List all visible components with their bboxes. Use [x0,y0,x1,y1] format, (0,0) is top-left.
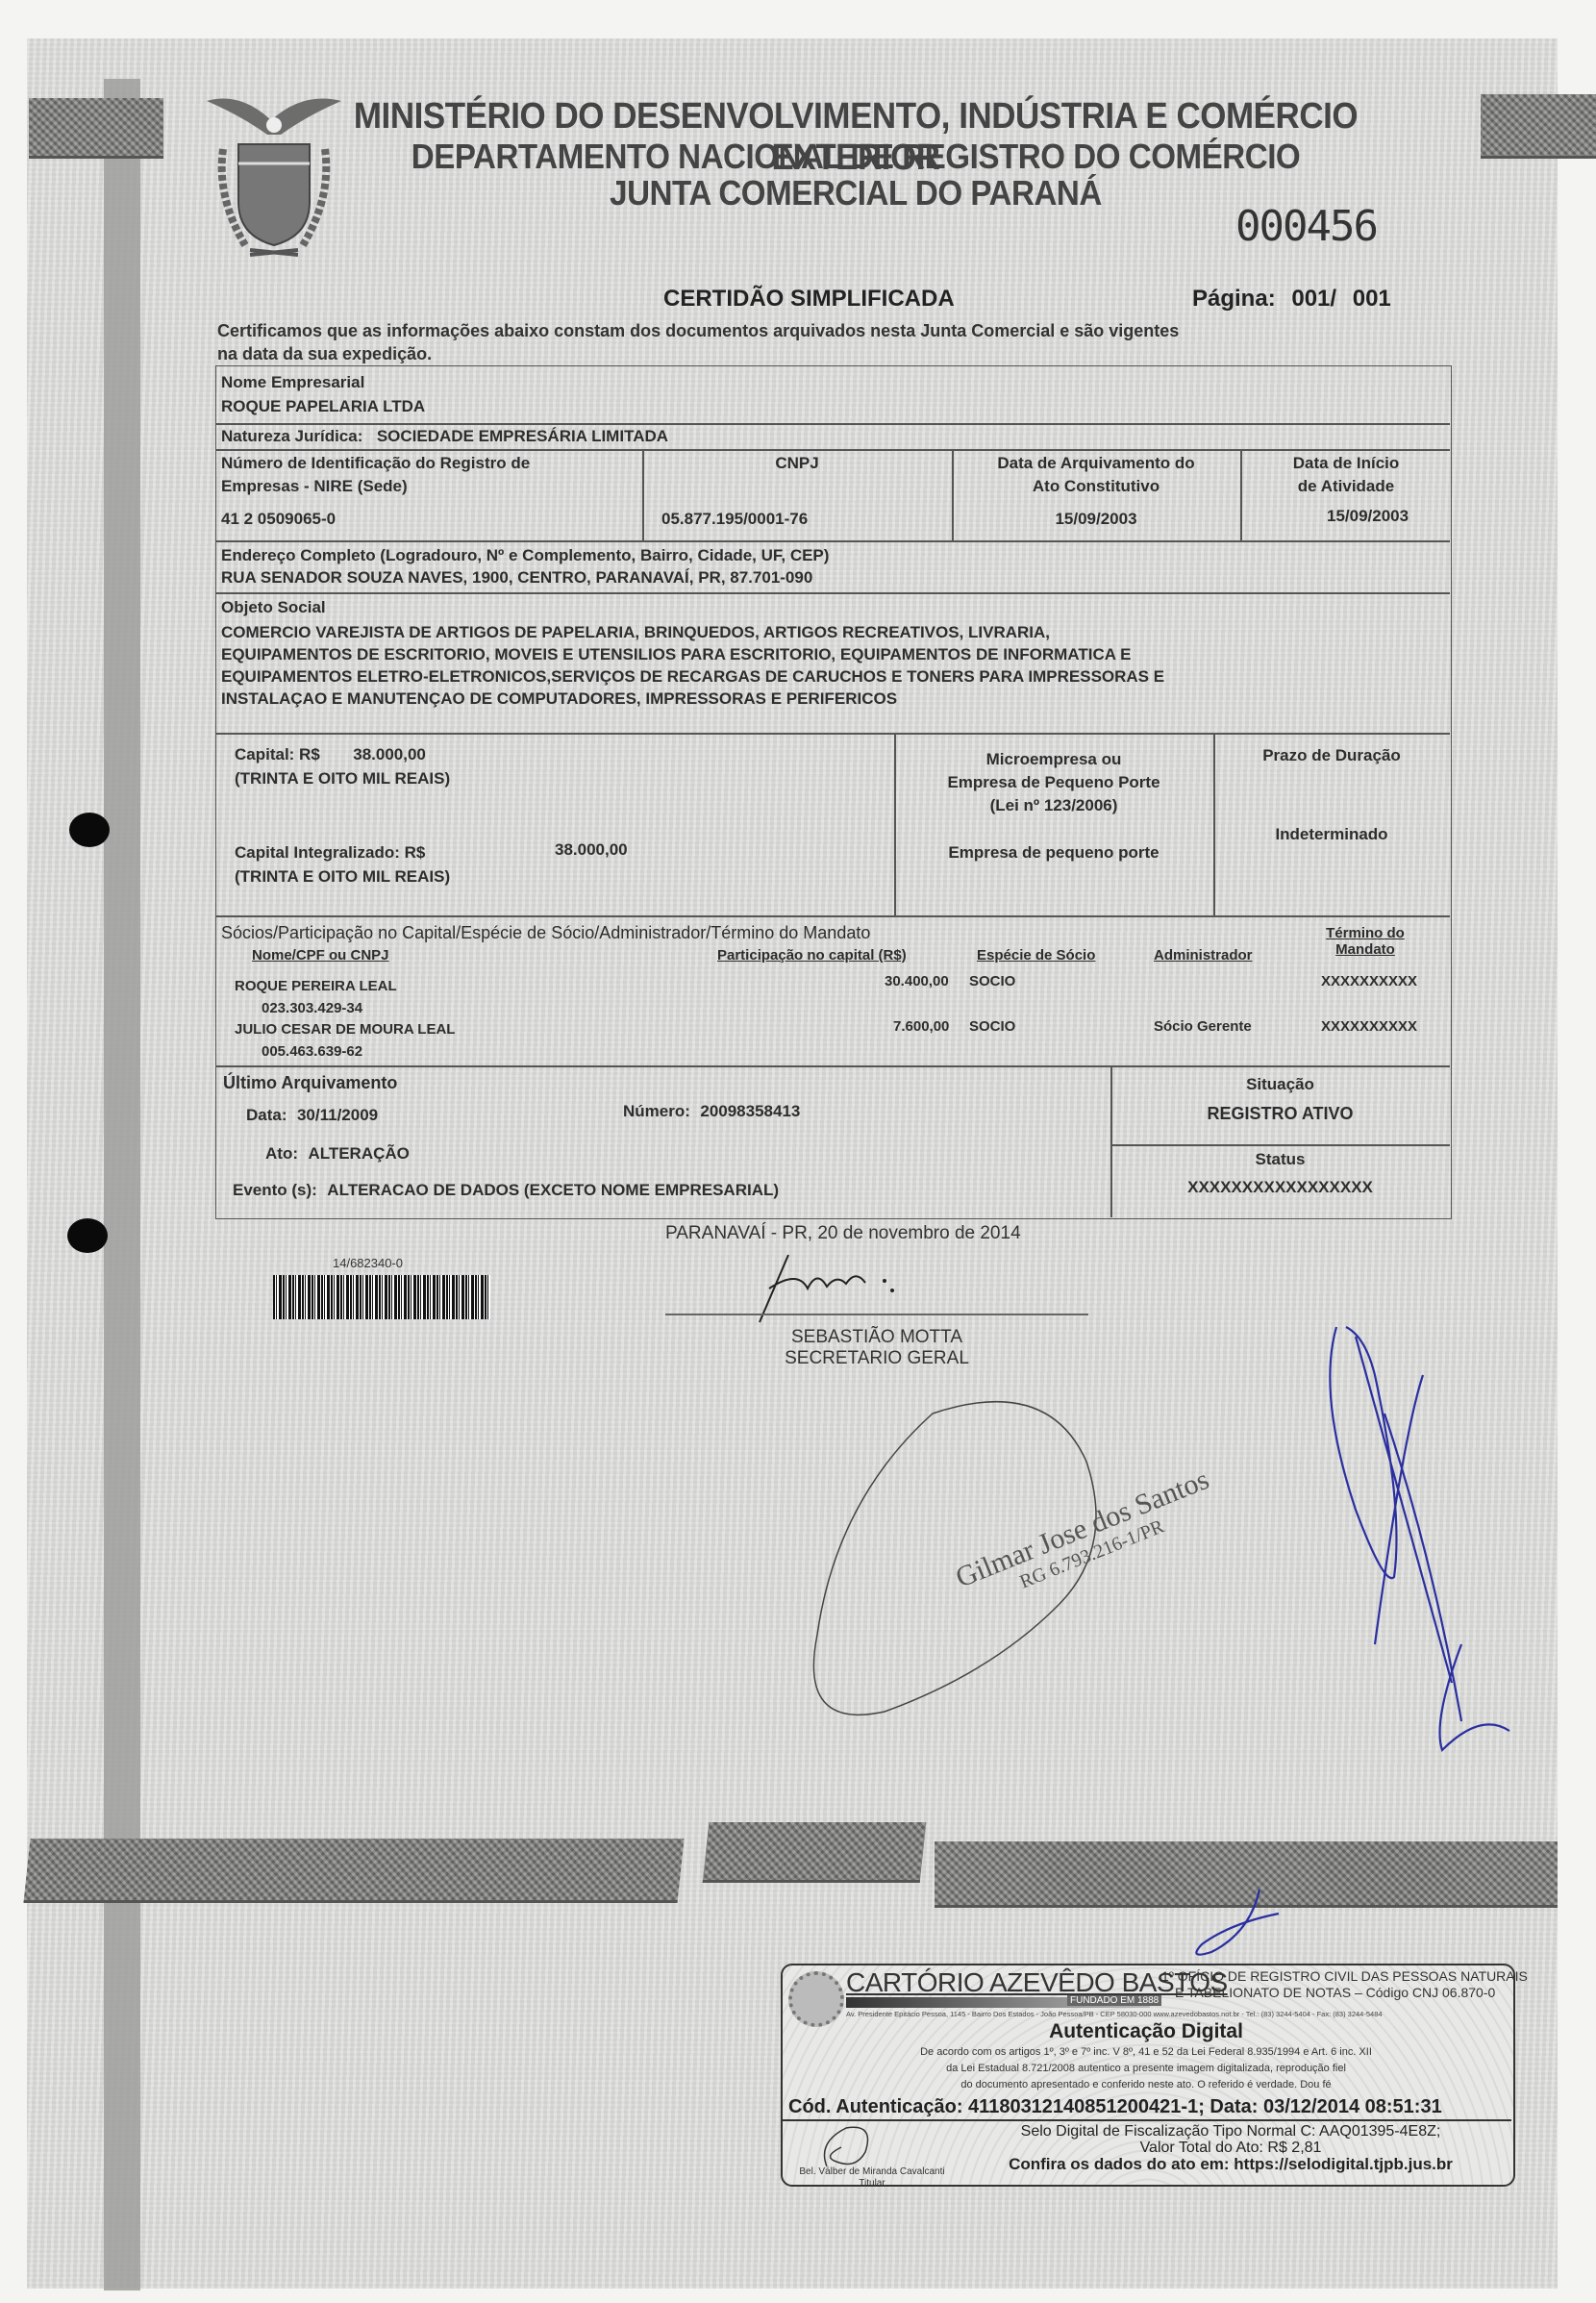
junta-title: JUNTA COMERCIAL DO PARANÁ [334,173,1378,213]
page-indicator: Página: 001/ 001 [1192,286,1391,313]
address-value: RUA SENADOR SOUZA NAVES, 1900, CENTRO, P… [221,568,812,588]
digital-seal-number: Selo Digital de Fiscalização Tipo Normal… [952,2123,1509,2140]
company-size-label: Microempresa ou Empresa de Pequeno Porte… [894,748,1213,817]
blue-initials-icon [1183,1885,1288,1962]
digital-seal-info: Selo Digital de Fiscalização Tipo Normal… [952,2123,1509,2172]
protocol-number: 14/682340-0 [333,1256,403,1270]
secretary-role: SECRETARIO GERAL [665,1348,1088,1369]
paid-capital-words: (TRINTA E OITO MIL REAIS) [235,867,450,887]
notary-office-address: Av. Presidente Epitácio Pessoa, 1145 - B… [846,2010,1383,2018]
security-vertical-stripe [104,79,140,2290]
notary-office-line2: E TABELIONATO DE NOTAS – Código CNJ 06.8… [1175,1985,1495,2000]
status-value: XXXXXXXXXXXXXXXXX [1110,1178,1450,1197]
partner-cpf: 023.303.429-34 [262,1000,362,1016]
activity-start-value: 15/09/2003 [1327,507,1409,526]
legal-nature-value: SOCIEDADE EMPRESÁRIA LIMITADA [377,427,668,445]
page-label: Página: [1192,286,1276,312]
paid-capital-label: Capital Integralizado: R$ [235,843,425,863]
paid-capital-value: 38.000,00 [555,840,628,860]
serial-stamp-number: 000456 [1235,202,1377,251]
secretary-block: SEBASTIÃO MOTTA SECRETARIO GERAL [665,1327,1088,1369]
partner-term-end: XXXXXXXXXX [1321,973,1417,989]
act-total-value: Valor Total do Ato: R$ 2,81 [952,2140,1509,2156]
company-size-value: Empresa de pequeno porte [894,843,1213,863]
barcode [273,1275,490,1319]
department-title: DEPARTAMENTO NACIONAL DE REGISTRO DO COM… [334,137,1378,177]
activity-start-label: Data de Iníciode Atividade [1242,454,1450,496]
situation-label: Situação [1110,1075,1450,1094]
security-band-top-right [1481,94,1596,159]
place-and-date: PARANAVAÍ - PR, 20 de novembro de 2014 [665,1223,1021,1244]
page-value: 001/ 001 [1291,286,1390,312]
last-filing-act: Ato: ALTERAÇÃO [246,1144,410,1164]
business-purpose-text: COMERCIO VAREJISTA DE ARTIGOS DE PAPELAR… [221,621,1164,710]
partner-name: ROQUE PEREIRA LEAL [235,978,397,994]
partner-type: SOCIO [969,973,1015,989]
status-label: Status [1110,1150,1450,1169]
last-filing-number: Número: 20098358413 [623,1102,800,1121]
notary-office-line1: 1º OFÍCIO DE REGISTRO CIVIL DAS PESSOAS … [1161,1968,1528,1984]
legal-nature: Natureza Jurídica: SOCIEDADE EMPRESÁRIA … [221,427,668,446]
capital-value: 38.000,00 [353,745,426,763]
notary-title: Titular [781,2178,963,2190]
filing-date-value: 15/09/2003 [952,510,1240,529]
punch-hole [67,1218,108,1253]
punch-hole [69,813,110,847]
founded-badge: FUNDADO EM 1888 [1067,1995,1161,2006]
certificate-title: CERTIDÃO SIMPLIFICADA [663,286,955,313]
partner-cpf: 005.463.639-62 [262,1043,362,1060]
secretary-name: SEBASTIÃO MOTTA [665,1327,1088,1348]
cnpj-value: 05.877.195/0001-76 [661,510,808,529]
capital-words: (TRINTA E OITO MIL REAIS) [235,769,450,789]
partner-term-end: XXXXXXXXXX [1321,1018,1417,1035]
partner-type: SOCIO [969,1018,1015,1035]
authentication-title: Autenticação Digital [781,2020,1511,2043]
partners-section-title: Sócios/Participação no Capital/Espécie d… [221,923,870,943]
partner-participation: 7.600,00 [893,1018,949,1035]
authentication-text: De acordo com os artigos 1º, 3º e 7º inc… [781,2044,1511,2093]
notary-signer: Bel. Válber de Miranda Cavalcanti Titula… [781,2166,963,2190]
filing-date-label: Data de Arquivamento doAto Constitutivo [952,454,1240,496]
col-header-participation: Participação no capital (R$) [717,947,907,964]
last-filing-date: Data: 30/11/2009 [246,1106,378,1125]
blue-handwritten-signature-icon [1317,1317,1538,1760]
security-band-bottom-middle [703,1822,927,1883]
secretary-signature-icon [731,1250,923,1327]
last-filing-label: Último Arquivamento [223,1073,397,1093]
col-header-term-end: Término doMandato [1308,925,1423,958]
last-filing-event: Evento (s): ALTERACAO DE DADOS (EXCETO N… [233,1181,779,1200]
certificate-intro: Certificamos que as informações abaixo c… [217,319,1400,365]
partner-participation: 30.400,00 [885,973,949,989]
duration-value: Indeterminado [1213,825,1450,844]
verification-link[interactable]: Confira os dados do ato em: https://selo… [952,2156,1509,2172]
situation-value: REGISTRO ATIVO [1110,1104,1450,1124]
company-name-value: ROQUE PAPELARIA LTDA [221,397,425,416]
duration-label: Prazo de Duração [1213,746,1450,765]
security-band-bottom-left [23,1839,684,1903]
parana-coat-of-arms-icon [202,91,346,260]
security-band-top-left [29,98,163,159]
capital: Capital: R$ 38.000,00 [235,745,426,764]
nire-value: 41 2 0509065-0 [221,510,336,529]
col-header-partner-type: Espécie de Sócio [977,947,1095,964]
partner-administrator: Sócio Gerente [1154,1018,1252,1035]
business-purpose-label: Objeto Social [221,598,326,617]
notary-office-seal-icon [788,1971,844,2027]
legal-nature-label: Natureza Jurídica: [221,427,362,445]
col-header-administrator: Administrador [1154,947,1253,964]
authentication-code: Cód. Autenticação: 41180312140851200421-… [788,2096,1442,2118]
address-label: Endereço Completo (Logradouro, Nº e Comp… [221,546,829,565]
cnpj-label: CNPJ [642,454,952,473]
col-header-name: Nome/CPF ou CNPJ [252,947,389,964]
partner-name: JULIO CESAR DE MOURA LEAL [235,1021,455,1038]
notary-name: Bel. Válber de Miranda Cavalcanti [781,2166,963,2178]
company-name-label: Nome Empresarial [221,373,364,392]
nire-label: Número de Identificação do Registro deEm… [221,454,530,496]
notary-signature-icon [808,2123,885,2171]
